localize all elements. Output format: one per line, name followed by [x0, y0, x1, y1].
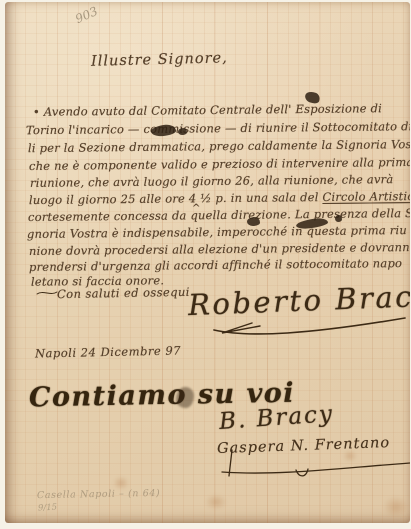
underlined-circolo-artistico: Circolo Artistico	[322, 189, 410, 204]
insertion-caret-mark: ^	[192, 203, 200, 214]
scanned-letter-photo: 903 Illustre Signore, • Avendo avuto dal…	[0, 0, 411, 529]
ink-blot	[178, 128, 187, 135]
letter-paper: 903 Illustre Signore, • Avendo avuto dal…	[5, 2, 410, 523]
pencil-fraction: 9/15	[38, 503, 58, 514]
stain	[343, 450, 357, 462]
ink-blot	[335, 215, 342, 222]
stain	[383, 496, 409, 518]
closing-flourish	[35, 288, 59, 298]
closing: Con saluti ed ossequi	[57, 285, 190, 301]
stain	[205, 494, 227, 510]
pencil-note: Casella Napoli – (n 64)	[37, 488, 160, 501]
stain	[113, 476, 129, 490]
signature-flourish	[200, 314, 410, 340]
ink-blot	[247, 217, 260, 226]
signature-underline	[210, 450, 410, 480]
